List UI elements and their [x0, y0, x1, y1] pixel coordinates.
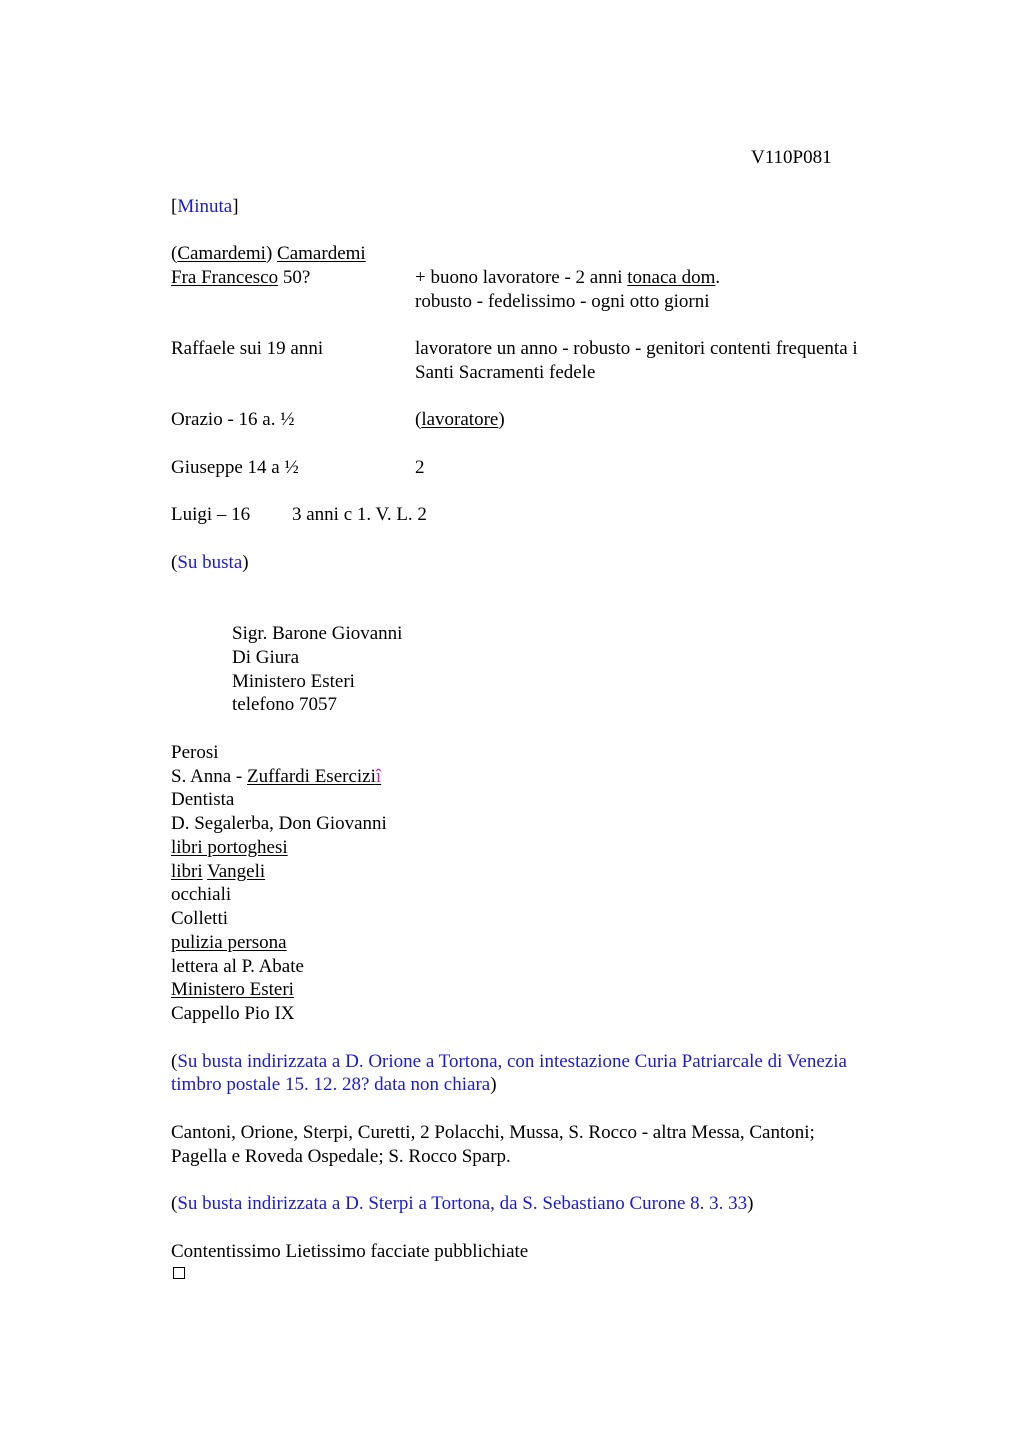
entry-notes: 2: [415, 456, 425, 480]
empty-box-icon: [173, 1267, 185, 1279]
surname-crossed: Camardemi: [177, 243, 266, 264]
list-item: libri Vangeli: [171, 860, 265, 884]
closing-line: Contentissimo Lietissimo facciate pubbli…: [171, 1240, 528, 1264]
entry-notes: robusto - fedelissimo - ogni otto giorni: [415, 290, 709, 314]
list-item: D. Segalerba, Don Giovanni: [171, 812, 387, 836]
list-item: lettera al P. Abate: [171, 955, 304, 979]
list-underlined: libri: [171, 861, 203, 882]
envelope-label: Su busta: [177, 552, 242, 573]
entry-notes: lavoratore un anno - robusto - genitori …: [415, 337, 858, 361]
names-paragraph: Cantoni, Orione, Sterpi, Curetti, 2 Pola…: [171, 1121, 815, 1145]
list-item: S. Anna - Zuffardi Eserciziî: [171, 765, 381, 789]
notes-text: + buono lavoratore - 2 anni: [415, 267, 627, 288]
list-item: Colletti: [171, 907, 228, 931]
entry-name: Luigi – 16: [171, 503, 250, 527]
list-item: libri portoghesi: [171, 836, 288, 860]
entry-notes: (lavoratore): [415, 408, 505, 432]
address-line: Di Giura: [232, 646, 299, 670]
envelope-note: timbro postale 15. 12. 28? data non chia…: [171, 1073, 497, 1097]
notes-underlined: lavoratore: [421, 409, 498, 430]
envelope-note: (Su busta indirizzata a D. Sterpi a Tort…: [171, 1192, 753, 1216]
paren: ): [490, 1074, 496, 1095]
notes-underlined: tonaca dom: [627, 267, 715, 288]
surname: Camardemi: [277, 243, 366, 264]
list-item: Dentista: [171, 788, 234, 812]
minuta-label: Minuta: [177, 196, 232, 217]
entry-name: Giuseppe 14 a ½: [171, 456, 299, 480]
camardemi-header: (Camardemi) Camardemi: [171, 242, 366, 266]
entry-notes: 3 anni c 1. V. L. 2: [292, 503, 427, 527]
list-underlined: Vangeli: [207, 861, 265, 882]
envelope-description: Su busta indirizzata a D. Sterpi a Torto…: [177, 1193, 747, 1214]
entry-name: Fra Francesco 50?: [171, 266, 310, 290]
entry-notes: Santi Sacramenti fedele: [415, 361, 595, 385]
bracket-close: ]: [232, 196, 238, 217]
name-underlined: Fra Francesco: [171, 267, 278, 288]
list-item: occhiali: [171, 883, 231, 907]
list-text: S. Anna -: [171, 766, 247, 787]
names-paragraph: Pagella e Roveda Ospedale; S. Rocco Spar…: [171, 1145, 511, 1169]
correction-mark: î: [376, 766, 381, 787]
notes-text: .: [715, 267, 720, 288]
name-age: 50?: [278, 267, 310, 288]
entry-name: Raffaele sui 19 anni: [171, 337, 323, 361]
list-item: pulizia persona: [171, 931, 287, 955]
minuta-heading: [Minuta]: [171, 195, 239, 219]
list-item: Ministero Esteri: [171, 978, 294, 1002]
address-line: telefono 7057: [232, 693, 337, 717]
address-line: Sigr. Barone Giovanni: [232, 622, 402, 646]
list-text: Zuffardi Esercizi: [247, 766, 376, 787]
list-item: Perosi: [171, 741, 219, 765]
address-line: Ministero Esteri: [232, 670, 355, 694]
entry-name: Orazio - 16 a. ½: [171, 408, 294, 432]
page-code: V110P081: [751, 146, 832, 170]
paren: ): [242, 552, 248, 573]
paren: ): [498, 409, 504, 430]
envelope-description: timbro postale 15. 12. 28? data non chia…: [171, 1074, 490, 1095]
envelope-note: (Su busta indirizzata a D. Orione a Tort…: [171, 1050, 847, 1074]
envelope-description: Su busta indirizzata a D. Orione a Torto…: [177, 1051, 847, 1072]
entry-notes: + buono lavoratore - 2 anni tonaca dom.: [415, 266, 720, 290]
list-item: Cappello Pio IX: [171, 1002, 295, 1026]
list-underlined: Zuffardi Eserciziî: [247, 766, 381, 787]
paren: ): [747, 1193, 753, 1214]
envelope-note: (Su busta): [171, 551, 249, 575]
